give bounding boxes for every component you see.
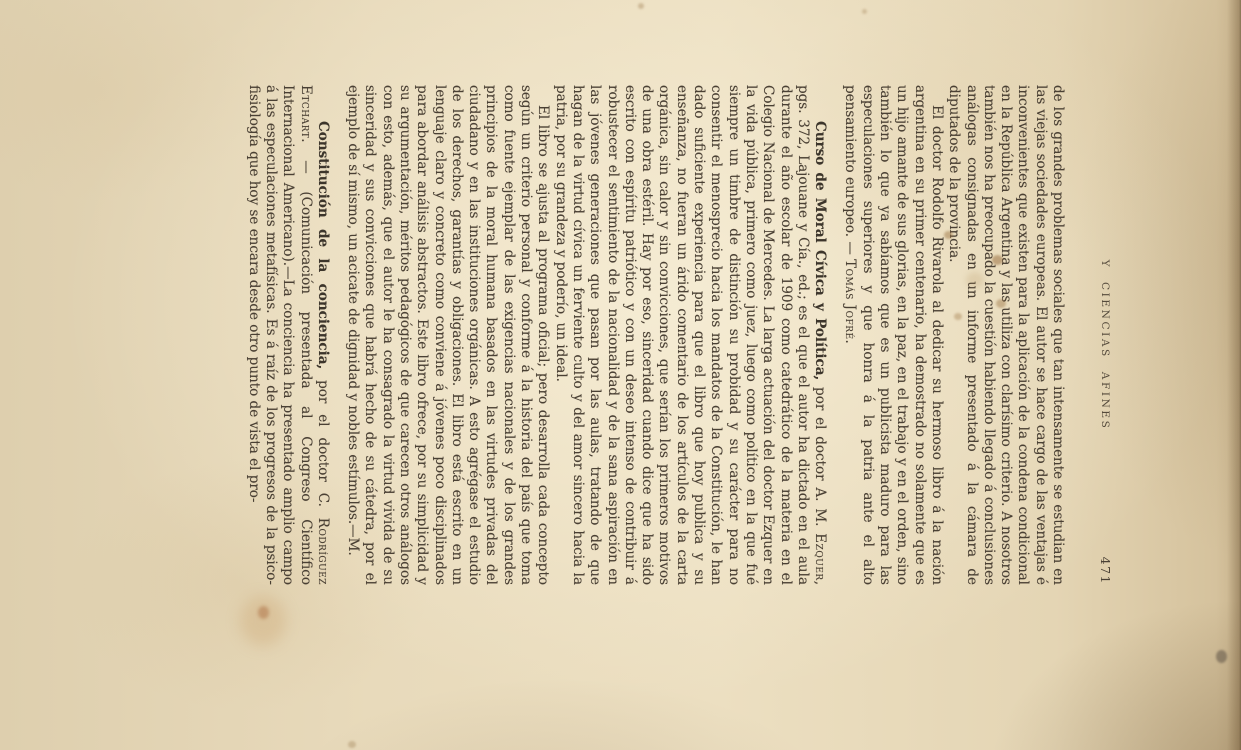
- text-segment: de los grandes problemas sociales que ta…: [946, 85, 1066, 585]
- page-content: Y CIENCIAS AFINES 471 de los grandes pro…: [0, 0, 1241, 750]
- paragraph: Curso de Moral Cívica y Política, por el…: [551, 85, 828, 585]
- paragraph: El libro se ajusta al programa oficial; …: [344, 85, 552, 585]
- text-segment: Curso de Moral Cívica y Política,: [812, 121, 828, 380]
- body-text: de los grandes problemas sociales que ta…: [244, 85, 1066, 585]
- text-segment: por el doctor A. M.: [812, 380, 828, 533]
- text-segment: Constitución de la conciencia,: [315, 121, 331, 369]
- text-segment: Ezquer: [812, 533, 828, 580]
- page-header: Y CIENCIAS AFINES 471: [1093, 85, 1113, 585]
- text-segment: Tomás Jofré: [842, 259, 858, 339]
- scanned-page: Y CIENCIAS AFINES 471 de los grandes pro…: [0, 0, 1241, 750]
- running-head: Y CIENCIAS AFINES: [1099, 260, 1111, 431]
- text-segment: El libro se ajusta al programa oficial; …: [345, 85, 551, 585]
- paragraph: Constitución de la conciencia, por el do…: [244, 85, 330, 585]
- paragraph: El doctor Rodolfo Rivarola al dedicar su…: [841, 85, 945, 585]
- page-number: 471: [1098, 557, 1113, 585]
- text-segment: .: [842, 340, 858, 344]
- text-segment: por el doctor C.: [315, 369, 331, 518]
- text-segment: , pgs. 372, Lajouane y Cía., ed.; es el …: [553, 85, 828, 585]
- text-segment: . — (Comunicación presentada al Congreso…: [246, 85, 314, 585]
- paragraph: de los grandes problemas sociales que ta…: [945, 85, 1066, 585]
